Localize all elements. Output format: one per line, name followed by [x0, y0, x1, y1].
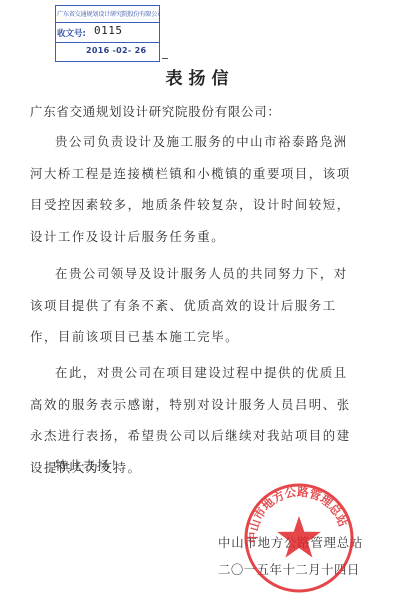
official-seal-icon: 中山市地方公路管理总站 [243, 482, 355, 594]
stray-mark [162, 58, 168, 63]
letter-salutation: 广东省交通规划设计研究院股份有限公司： [30, 102, 281, 120]
receipt-stamp-org: 广东省交通规划设计研究院股份有限公司 [56, 6, 159, 23]
receipt-number-label: 收文号: [57, 27, 86, 39]
letter-title: 表扬信 [0, 64, 400, 89]
receipt-number: 0115 [94, 24, 123, 37]
letter-paragraph-2: 在贵公司领导及设计服务人员的共同努力下，对该项目提供了有条不紊、优质高效的设计后… [30, 258, 355, 353]
star-icon [277, 516, 321, 558]
receipt-stamp-date-row: 2016 -02- 26 [56, 43, 159, 61]
receipt-stamp: 广东省交通规划设计研究院股份有限公司 收文号: 0115 2016 -02- 2… [55, 5, 160, 62]
letter-closing: 特此表扬！ [30, 450, 355, 482]
receipt-date: 2016 -02- 26 [86, 46, 146, 55]
receipt-stamp-number-row: 收文号: 0115 [56, 23, 159, 43]
letter-paragraph-1: 贵公司负责设计及施工服务的中山市裕泰路凫洲河大桥工程是连接横栏镇和小榄镇的重要项… [30, 126, 355, 252]
